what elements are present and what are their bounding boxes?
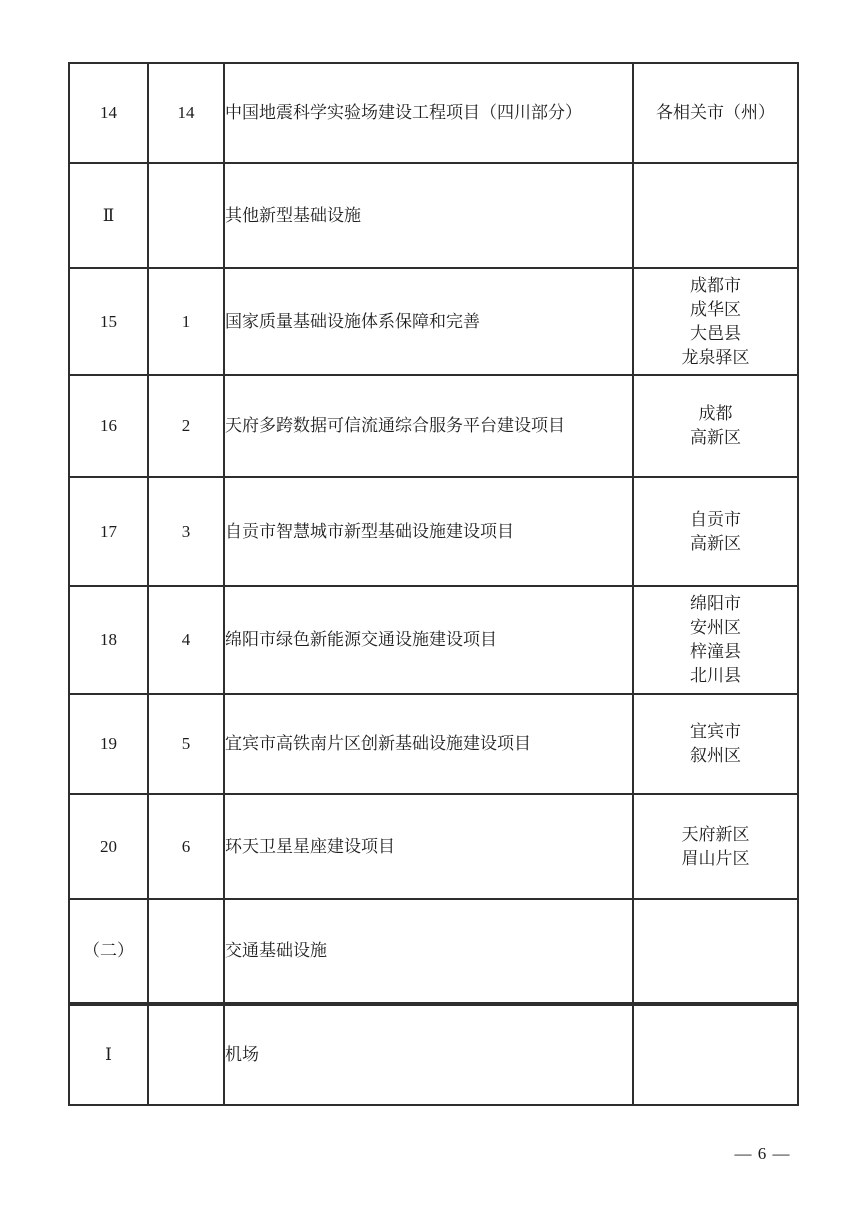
location-cell [633,163,798,268]
sub-seq-cell: 14 [148,63,224,163]
sub-seq-cell: 5 [148,694,224,794]
location-cell [633,899,798,1004]
table-row: 18 4 绵阳市绿色新能源交通设施建设项目 绵阳市 安州区 梓潼县 北川县 [69,586,798,694]
table-row: 14 14 中国地震科学实验场建设工程项目（四川部分） 各相关市（州） [69,63,798,163]
sub-seq-cell: 6 [148,794,224,899]
table-row: 17 3 自贡市智慧城市新型基础设施建设项目 自贡市 高新区 [69,477,798,586]
project-cell: 天府多跨数据可信流通综合服务平台建设项目 [224,375,633,477]
location-cell: 成都市 成华区 大邑县 龙泉驿区 [633,268,798,375]
project-cell: 中国地震科学实验场建设工程项目（四川部分） [224,63,633,163]
project-cell: 自贡市智慧城市新型基础设施建设项目 [224,477,633,586]
seq-cell: 20 [69,794,148,899]
table-row: Ⅰ 机场 [69,1004,798,1105]
seq-cell: Ⅱ [69,163,148,268]
location-cell: 成都 高新区 [633,375,798,477]
project-cell: 其他新型基础设施 [224,163,633,268]
location-cell: 绵阳市 安州区 梓潼县 北川县 [633,586,798,694]
page-number: — 6 — [705,1144,820,1164]
seq-cell: 19 [69,694,148,794]
location-cell: 宜宾市 叙州区 [633,694,798,794]
sub-seq-cell: 4 [148,586,224,694]
project-cell: 机场 [224,1004,633,1105]
sub-seq-cell: 2 [148,375,224,477]
sub-seq-cell [148,163,224,268]
seq-cell: 17 [69,477,148,586]
seq-cell: 14 [69,63,148,163]
project-cell: 国家质量基础设施体系保障和完善 [224,268,633,375]
location-cell: 自贡市 高新区 [633,477,798,586]
sub-seq-cell [148,1004,224,1105]
location-cell: 各相关市（州） [633,63,798,163]
project-cell: 交通基础设施 [224,899,633,1004]
project-cell: 绵阳市绿色新能源交通设施建设项目 [224,586,633,694]
seq-cell: （二） [69,899,148,1004]
table-row: 15 1 国家质量基础设施体系保障和完善 成都市 成华区 大邑县 龙泉驿区 [69,268,798,375]
project-cell: 环天卫星星座建设项目 [224,794,633,899]
location-cell [633,1004,798,1105]
document-page: 14 14 中国地震科学实验场建设工程项目（四川部分） 各相关市（州） Ⅱ 其他… [0,0,868,1227]
sub-seq-cell [148,899,224,1004]
seq-cell: Ⅰ [69,1004,148,1105]
table-row: 19 5 宜宾市高铁南片区创新基础设施建设项目 宜宾市 叙州区 [69,694,798,794]
table-row: Ⅱ 其他新型基础设施 [69,163,798,268]
seq-cell: 15 [69,268,148,375]
project-table: 14 14 中国地震科学实验场建设工程项目（四川部分） 各相关市（州） Ⅱ 其他… [68,62,799,1106]
table-row: 16 2 天府多跨数据可信流通综合服务平台建设项目 成都 高新区 [69,375,798,477]
table-row: 20 6 环天卫星星座建设项目 天府新区 眉山片区 [69,794,798,899]
location-cell: 天府新区 眉山片区 [633,794,798,899]
sub-seq-cell: 3 [148,477,224,586]
project-cell: 宜宾市高铁南片区创新基础设施建设项目 [224,694,633,794]
seq-cell: 18 [69,586,148,694]
sub-seq-cell: 1 [148,268,224,375]
table-row: （二） 交通基础设施 [69,899,798,1004]
seq-cell: 16 [69,375,148,477]
